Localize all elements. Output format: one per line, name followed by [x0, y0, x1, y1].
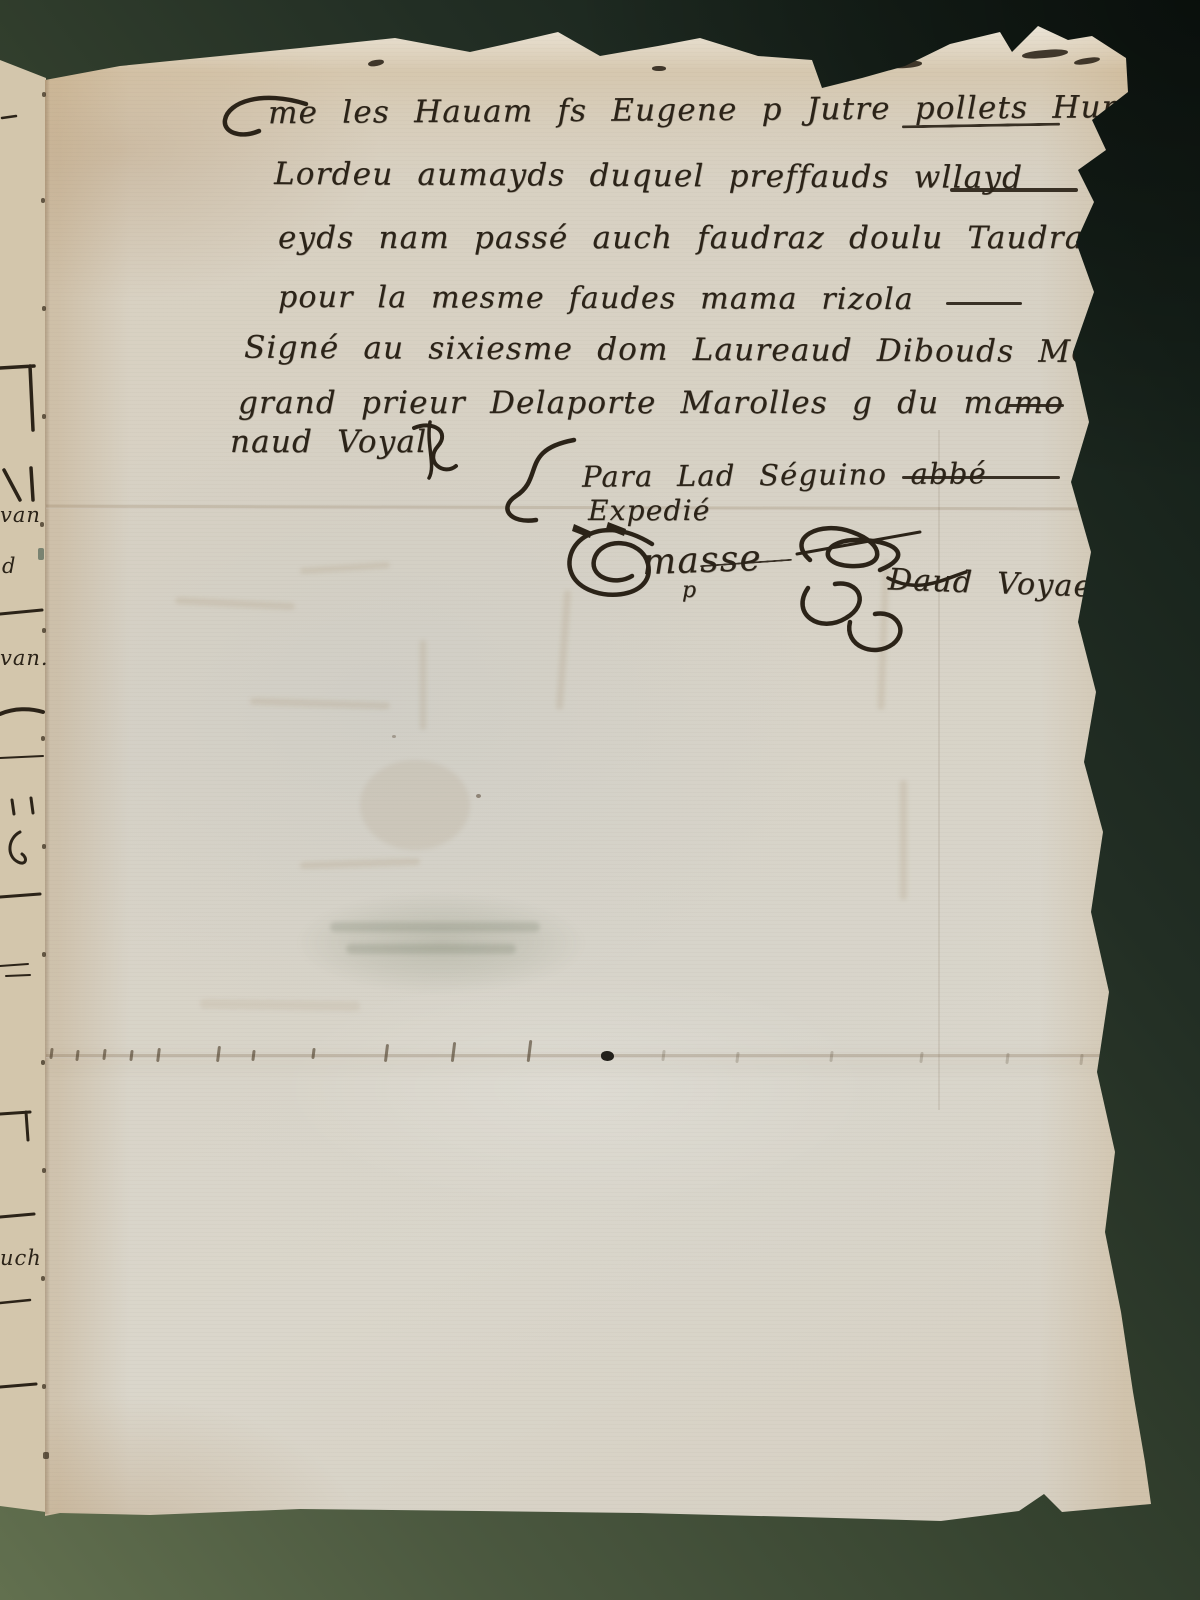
left-margin-fragment: d: [2, 554, 16, 578]
line-filler-dash: [1006, 404, 1064, 407]
manuscript-line: Signé au sixiesme dom Laureaud Dibouds M…: [244, 330, 1165, 371]
paragraph-rubric: [402, 418, 458, 480]
closing-brace-flourish: [494, 434, 584, 526]
manuscript-line: eyds nam passé auch faudraz doulu Taudra…: [278, 220, 1127, 256]
signature-left: masse: [641, 538, 762, 583]
edge-ink-smudge: [652, 66, 666, 71]
manuscript-line: grand prieur Delaporte Marolles g du mam…: [238, 385, 1064, 421]
left-margin-ink-marks: [0, 0, 60, 1600]
line-filler-dash: [946, 302, 1022, 305]
line-filler-dash: [902, 476, 1060, 479]
manuscript-line: pour la mesme faudes mama rizola: [278, 280, 914, 317]
green-spot: [38, 548, 44, 560]
horizontal-crease-stitched: [46, 1054, 1106, 1058]
manuscript-line: Lordeu aumayds duquel preffauds wllayd: [274, 156, 1023, 196]
left-margin-fragment: uch: [0, 1246, 42, 1270]
manuscript-line: naud Voyal: [230, 424, 427, 460]
edge-ink-smudge: [846, 50, 889, 62]
faded-stamp: [296, 892, 586, 994]
signature-right: Daud Voyae: [887, 562, 1093, 604]
manuscript-page: me les Hauam fs Eugene p Jutre pollets H…: [0, 0, 1200, 1600]
photo-background: me les Hauam fs Eugene p Jutre pollets H…: [0, 0, 1200, 1600]
ink-fleck: [476, 794, 481, 798]
signature-left-mark: p: [682, 578, 697, 603]
attestation-line: Para Lad Séguino abbé: [582, 456, 987, 494]
left-margin-fragment: van: [0, 503, 41, 527]
ink-fleck: [392, 735, 396, 738]
line-filler-dash: [950, 188, 1078, 192]
left-margin-fragment: van.: [0, 646, 49, 670]
ink-blot: [601, 1051, 614, 1061]
